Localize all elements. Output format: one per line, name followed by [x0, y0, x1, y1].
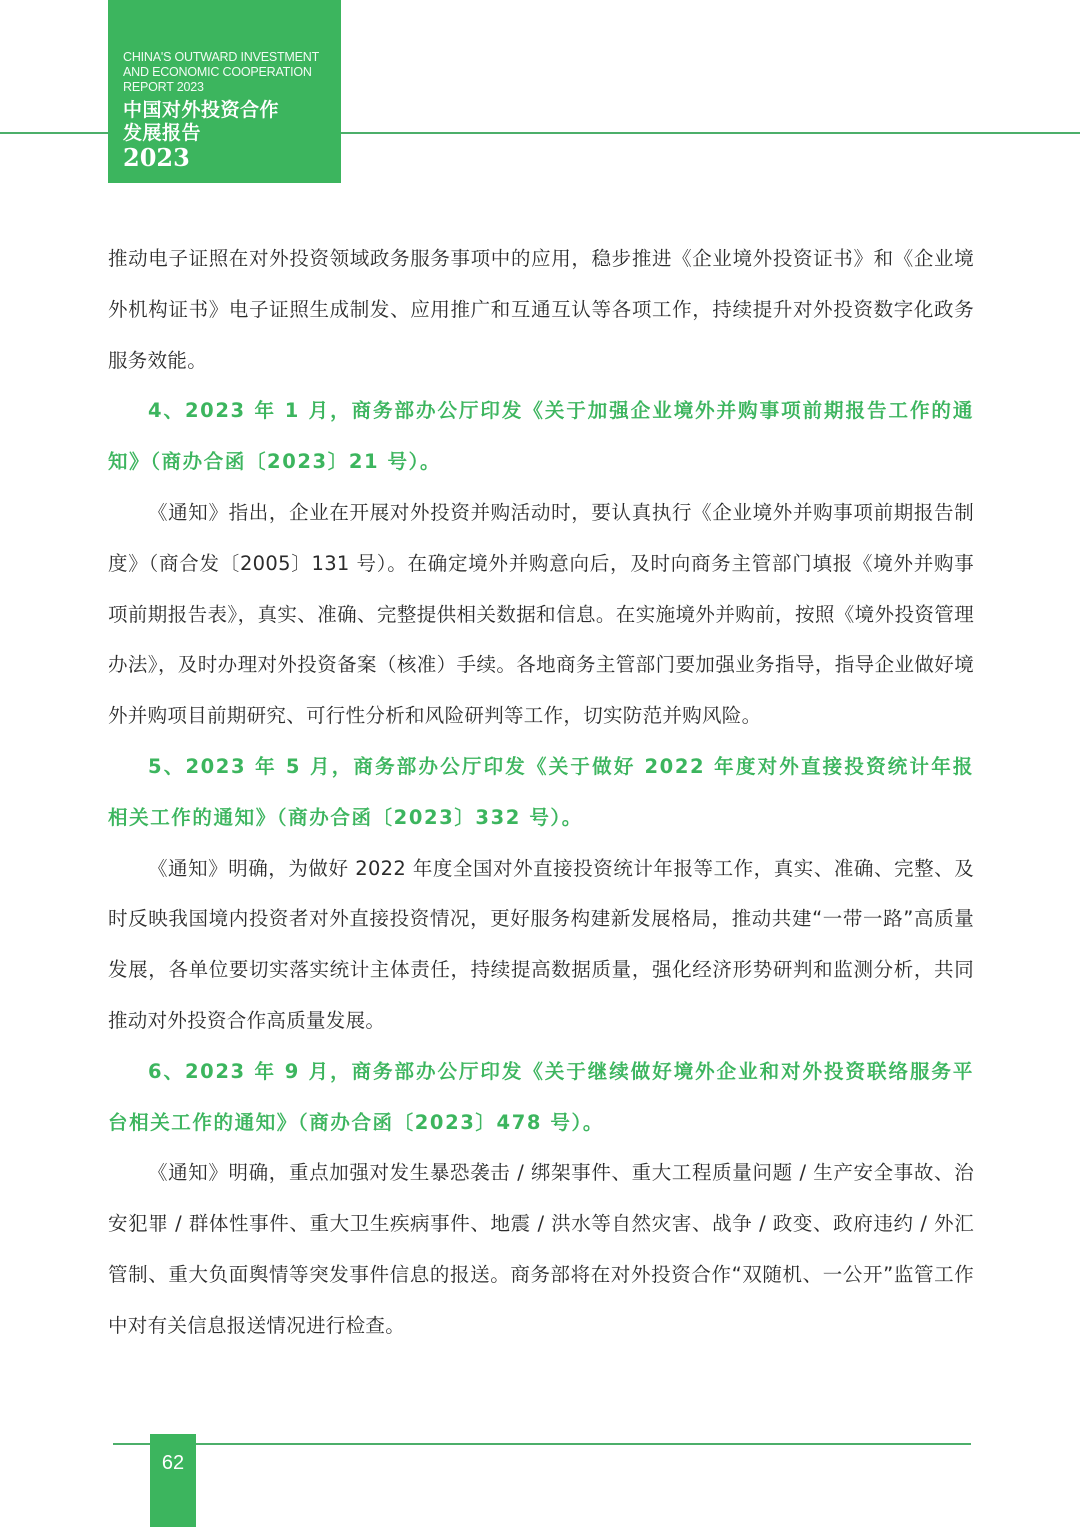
body-paragraph: 《通知》明确，为做好 2022 年度全国对外直接投资统计年报等工作，真实、准确、…: [108, 844, 974, 1047]
section-heading-5: 5、2023 年 5 月，商务部办公厅印发《关于做好 2022 年度对外直接投资…: [108, 742, 974, 844]
body-paragraph: 推动电子证照在对外投资领域政务服务事项中的应用，稳步推进《企业境外投资证书》和《…: [108, 234, 974, 386]
report-header-block: CHINA'S OUTWARD INVESTMENT AND ECONOMIC …: [108, 0, 341, 183]
page-body: 推动电子证照在对外投资领域政务服务事项中的应用，稳步推进《企业境外投资证书》和《…: [108, 234, 974, 1352]
body-paragraph: 《通知》指出，企业在开展对外投资并购活动时，要认真执行《企业境外并购事项前期报告…: [108, 488, 974, 742]
report-year: 2023: [123, 145, 341, 171]
body-paragraph: 《通知》明确，重点加强对发生暴恐袭击 / 绑架事件、重大工程质量问题 / 生产安…: [108, 1148, 974, 1351]
report-title-english: CHINA'S OUTWARD INVESTMENT AND ECONOMIC …: [123, 50, 341, 95]
page-number: 62: [162, 1452, 184, 1474]
page-number-block: 62: [150, 1434, 196, 1527]
section-heading-4: 4、2023 年 1 月，商务部办公厅印发《关于加强企业境外并购事项前期报告工作…: [108, 386, 974, 488]
footer-rule: [113, 1443, 971, 1445]
section-heading-6: 6、2023 年 9 月，商务部办公厅印发《关于继续做好境外企业和对外投资联络服…: [108, 1047, 974, 1149]
report-title-chinese: 中国对外投资合作 发展报告: [123, 99, 341, 145]
